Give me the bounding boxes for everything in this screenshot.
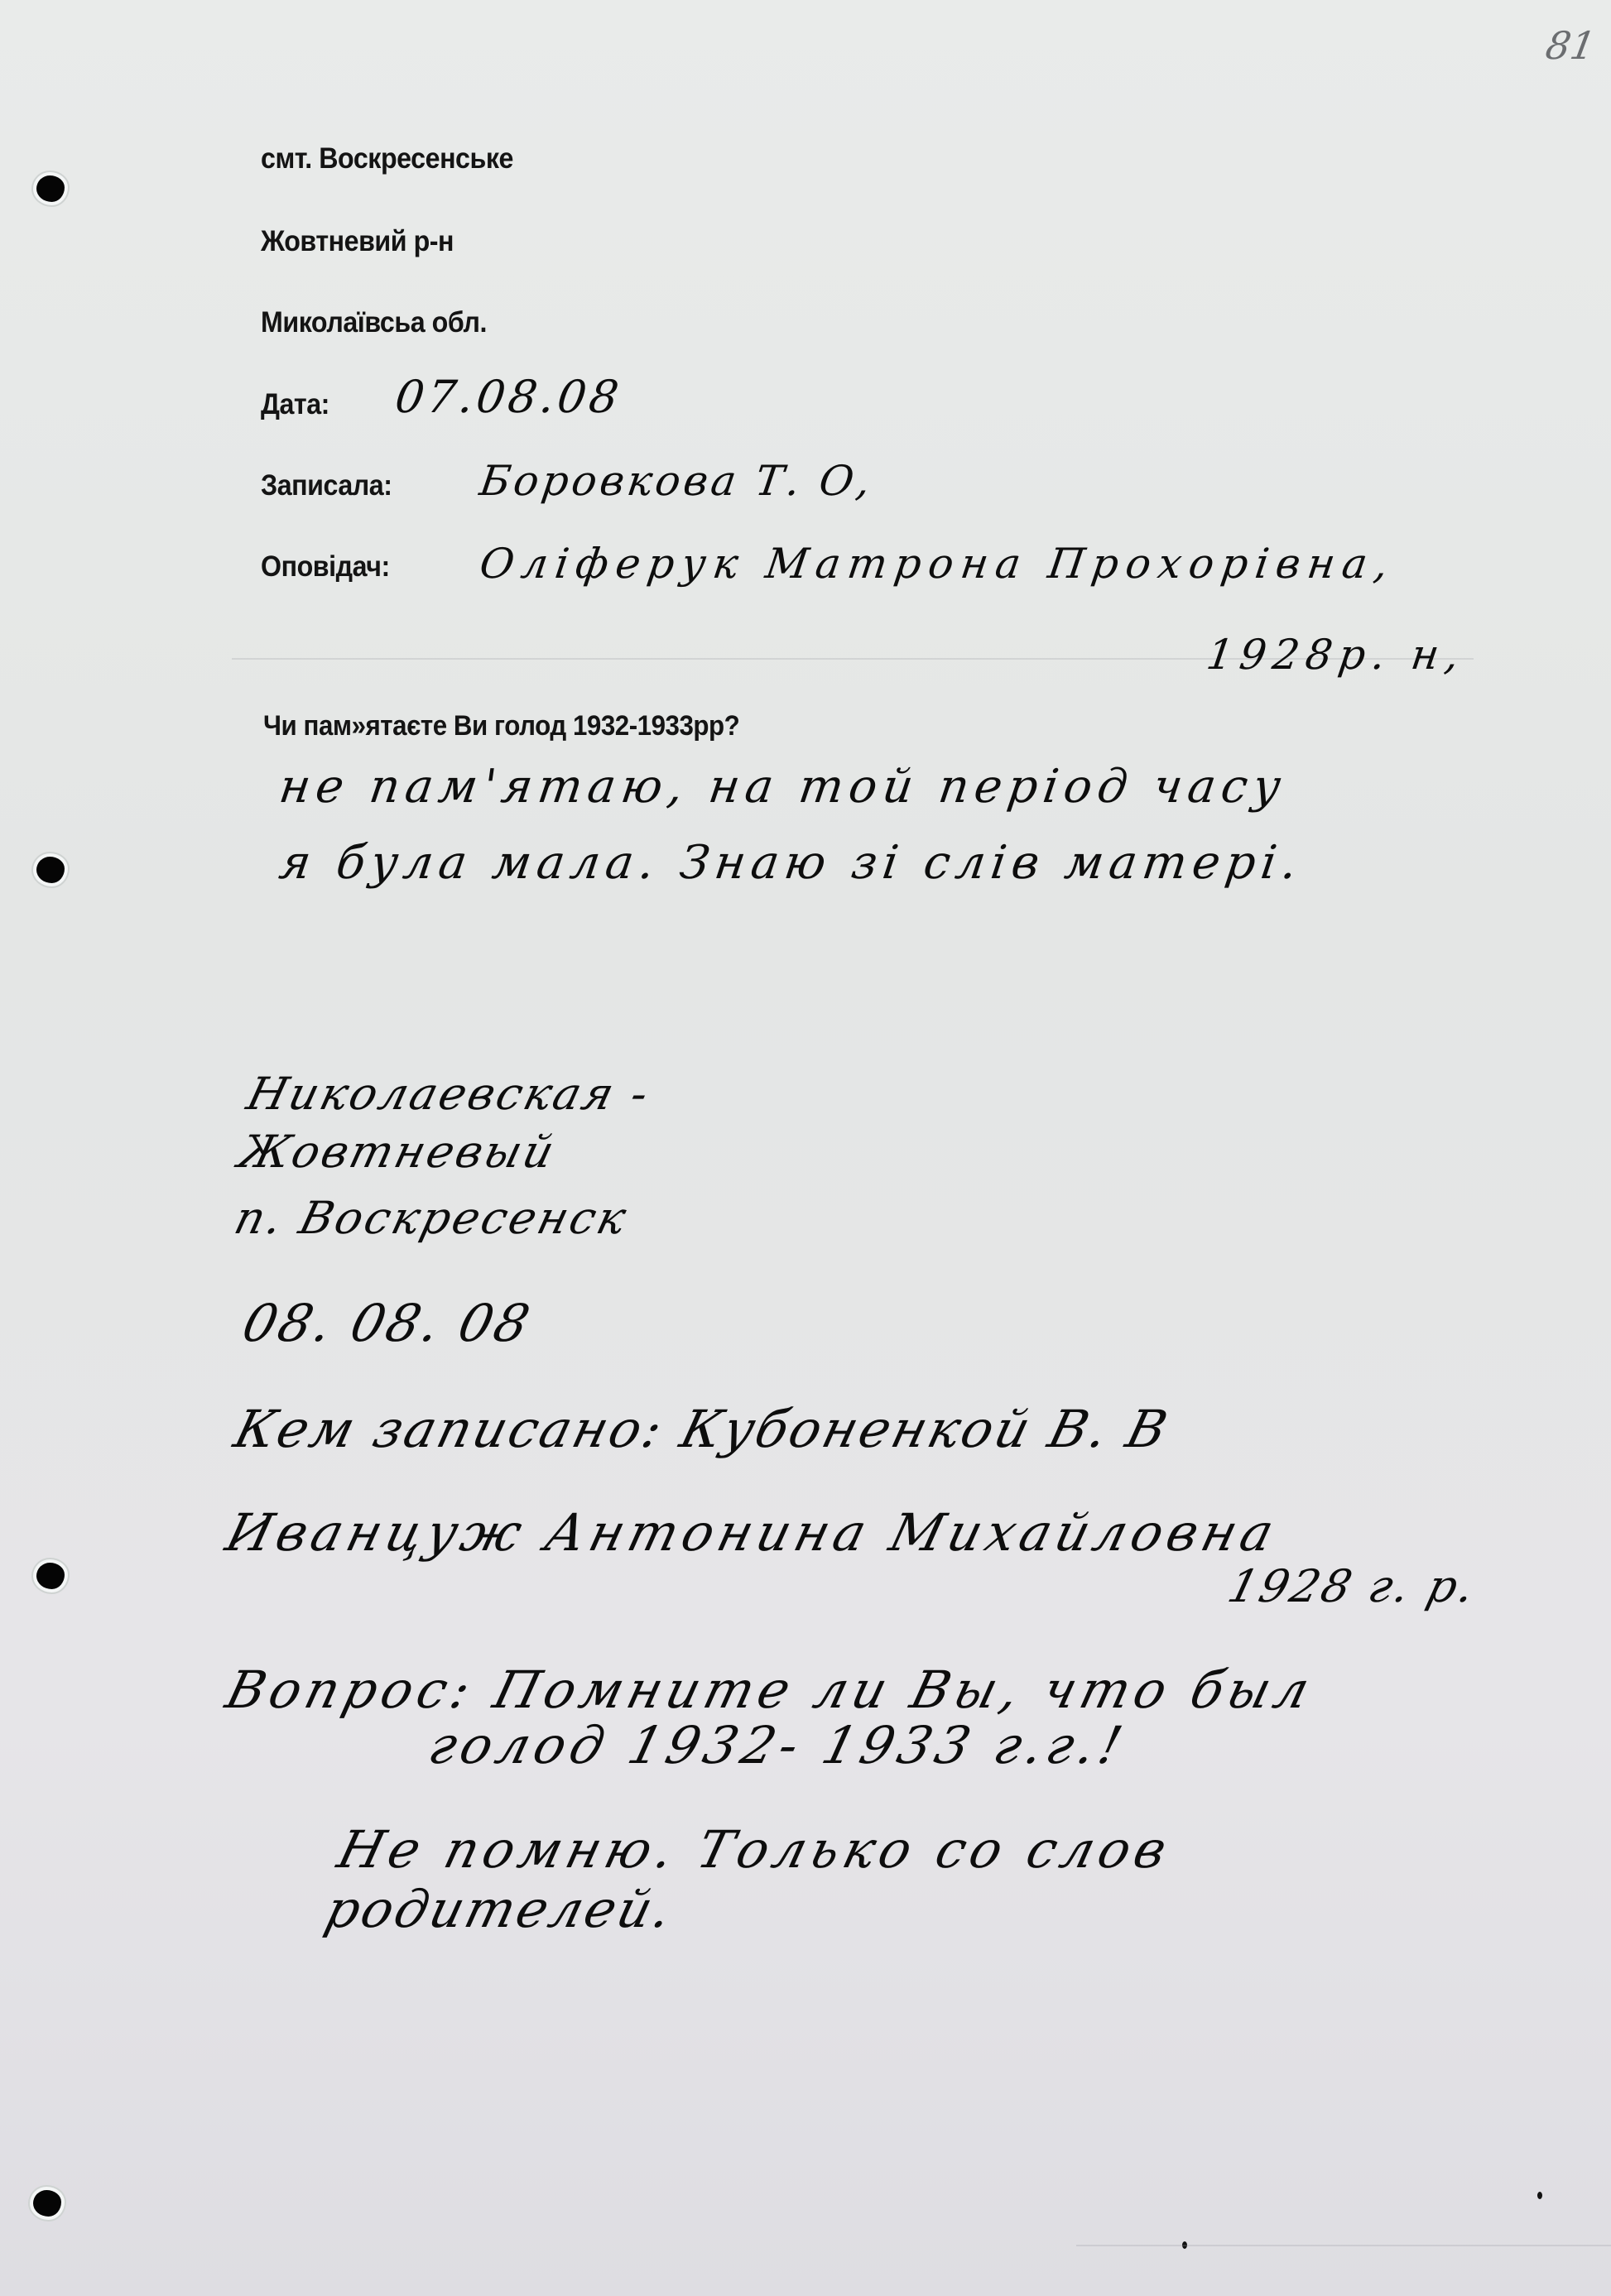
punch-hole-icon	[33, 2190, 61, 2217]
district-label: Жовтневий р-н	[261, 225, 454, 258]
settlement-label: смт. Воскресенське	[261, 142, 513, 175]
narrator-value: Оліферук Матрона Прохорівна,	[477, 540, 1398, 588]
question-line-1-handwritten: Вопрос: Помните ли Вы, что был	[220, 1660, 1320, 1720]
recorded-by-handwritten: Кем записано: Кубоненкой В. В	[228, 1399, 1176, 1459]
recorded-by-label: Записала:	[261, 469, 392, 502]
answer-line-1-handwritten: Не помню. Только со слов	[332, 1819, 1178, 1880]
scan-artifact-line	[1076, 2245, 1611, 2246]
question-line-2-handwritten: голод 1932- 1933 г.г.!	[423, 1715, 1133, 1775]
date-label: Дата:	[261, 388, 329, 421]
region-handwritten: Николаевская -	[242, 1068, 656, 1120]
narrator-name-handwritten: Иванцуж Антонина Михайловна	[220, 1502, 1285, 1563]
punch-hole-icon	[36, 175, 65, 202]
answer-line-1: не пам'ятаю, на той період часу	[276, 760, 1290, 814]
famine-question: Чи пам»ятаєте Ви голод 1932-1933рр?	[263, 710, 739, 742]
narrator-birth-year: 1928р. н,	[1204, 631, 1469, 679]
scan-speck	[1537, 2192, 1542, 2199]
recorded-by-value: Боровкова Т. О,	[477, 457, 877, 505]
answer-line-2-handwritten: родителей.	[320, 1879, 680, 1939]
region-label: Миколаївсьа обл.	[261, 306, 487, 339]
answer-line-2: я була мала. Знаю зі слів матері.	[276, 836, 1306, 890]
narrator-birth-handwritten: 1928 г. р.	[1223, 1560, 1483, 1612]
settlement-handwritten: п. Воскресенск	[229, 1192, 633, 1244]
page-number: 81	[1542, 23, 1599, 68]
punch-hole-icon	[36, 1563, 65, 1589]
date-value: 07.08.08	[392, 371, 625, 423]
district-handwritten: Жовтневый	[233, 1126, 561, 1178]
date-handwritten: 08. 08. 08	[237, 1293, 538, 1353]
scanned-document-page: 81 смт. Воскресенське Жовтневий р-н Мико…	[0, 0, 1611, 2296]
punch-hole-icon	[36, 857, 65, 883]
narrator-label: Оповідач:	[261, 550, 390, 584]
